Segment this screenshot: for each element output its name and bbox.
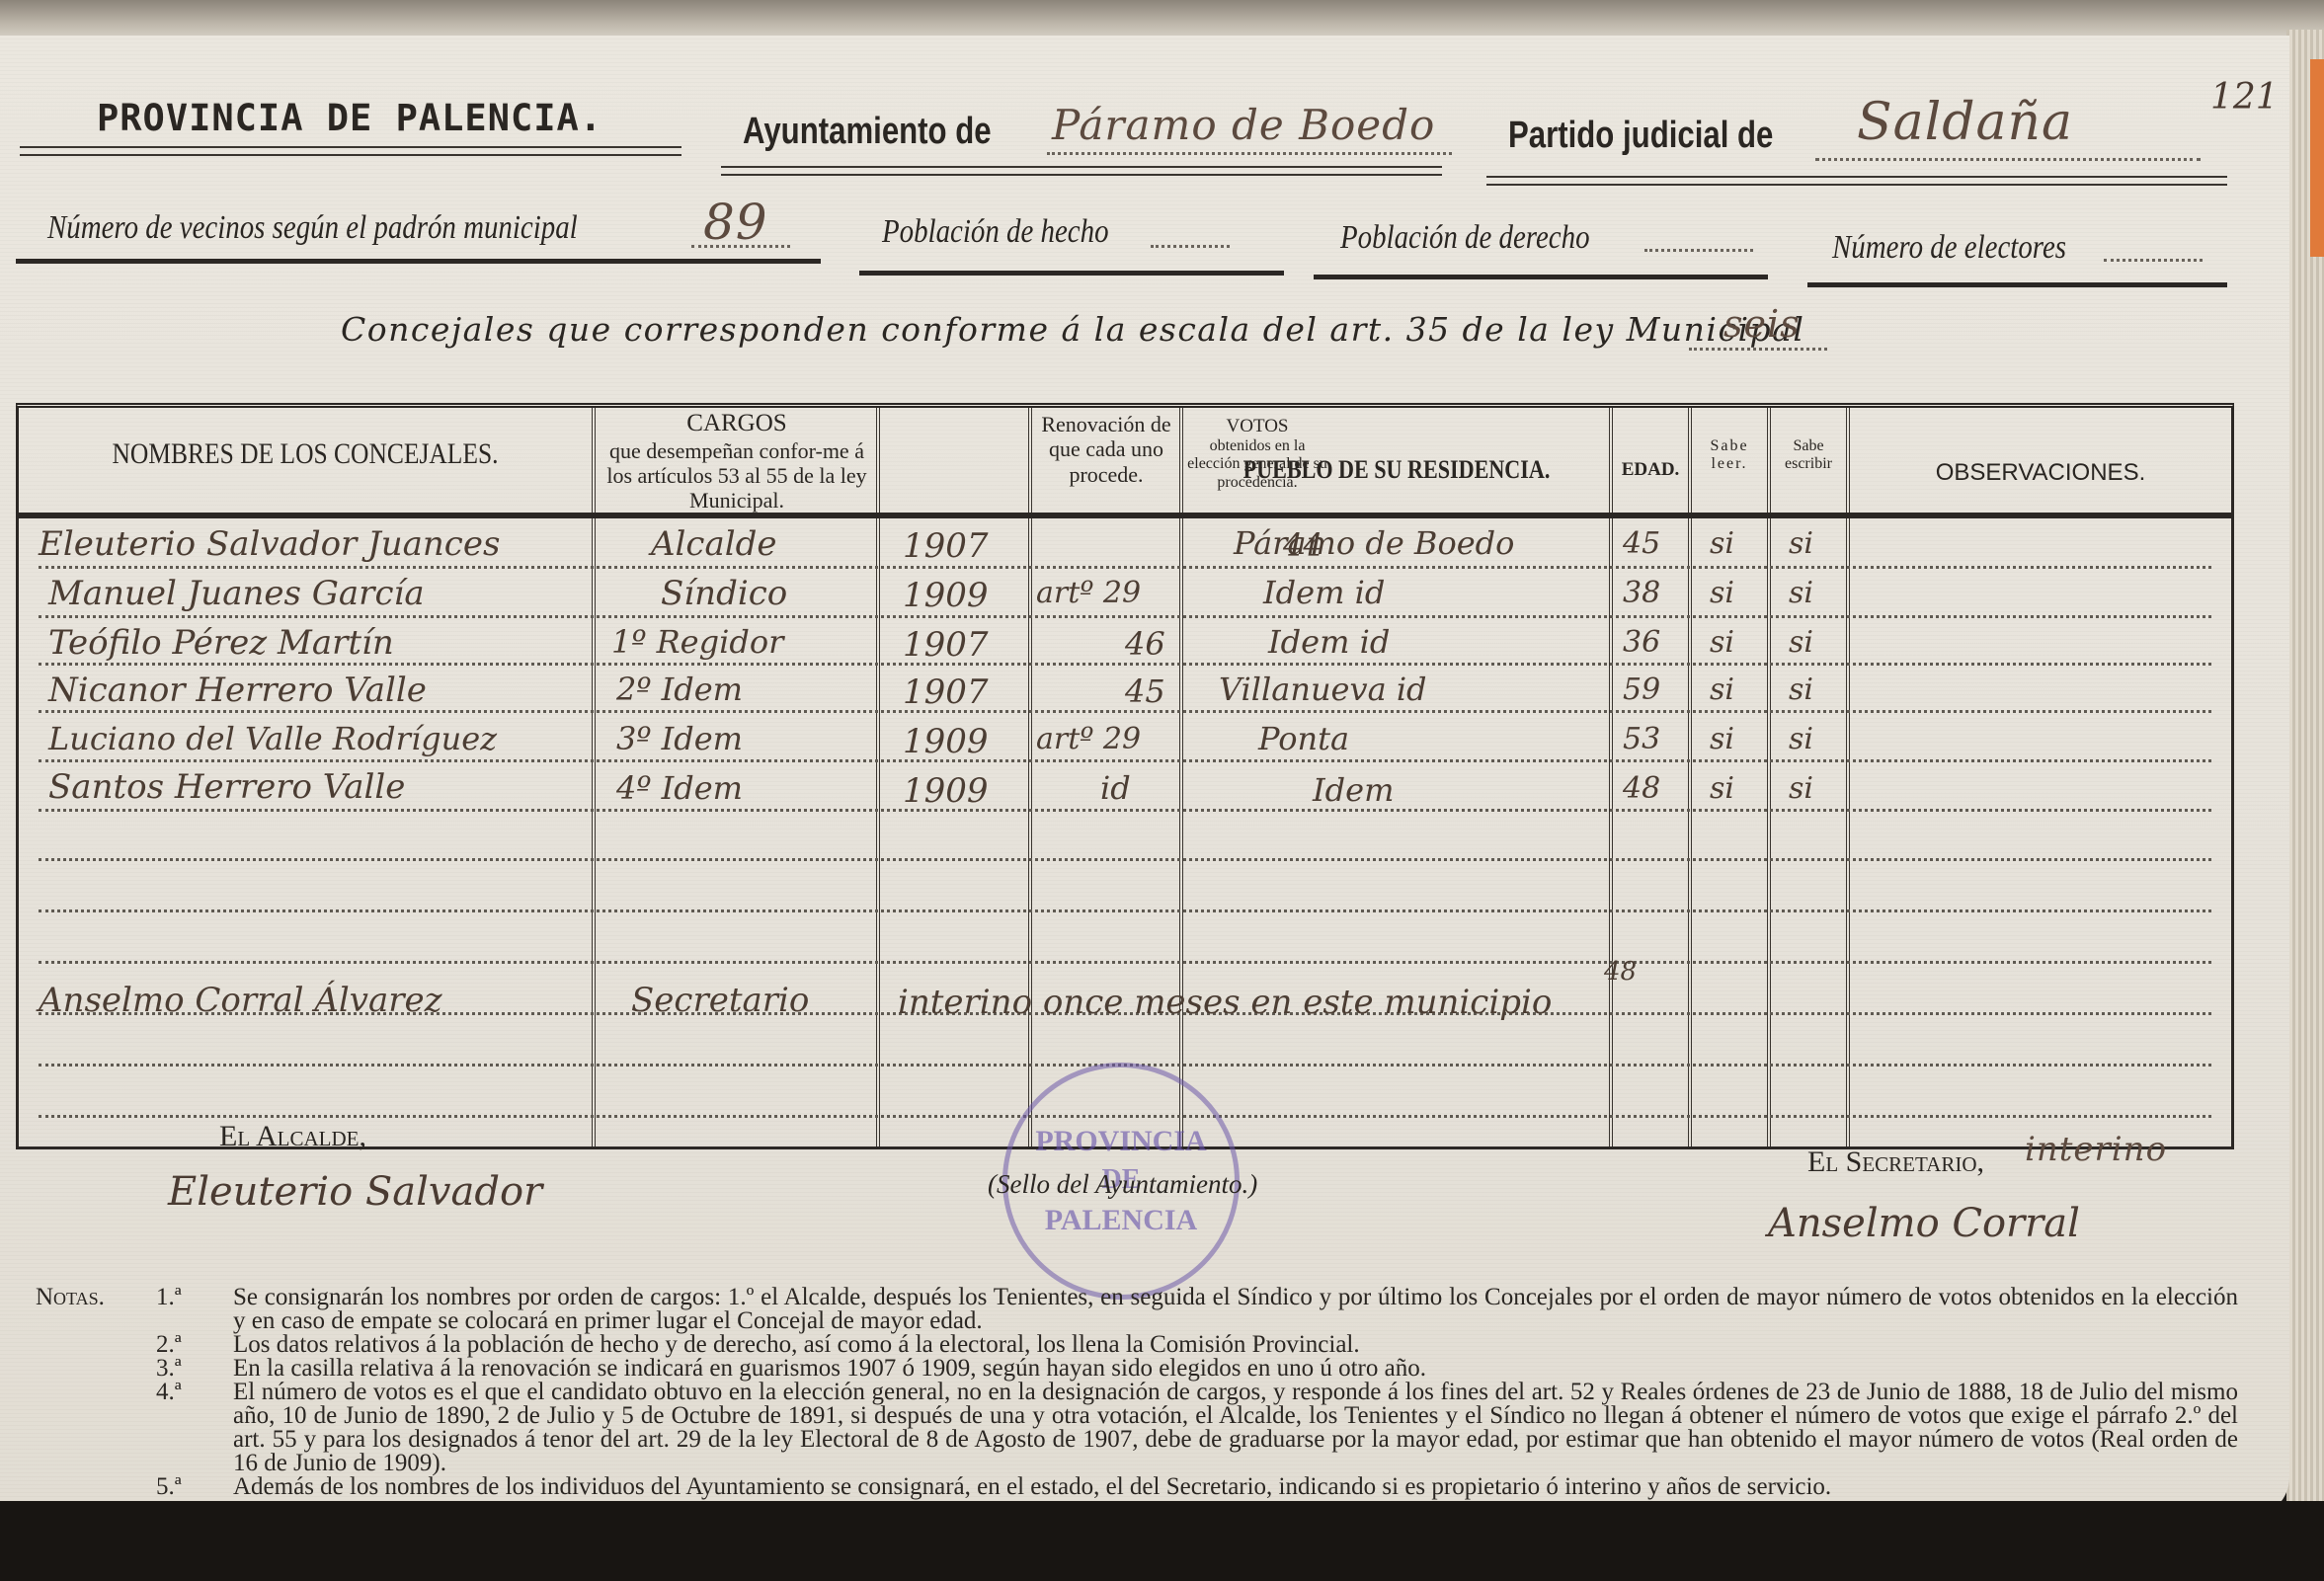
book-binding-edge: [0, 0, 2324, 40]
cell-sabe-escribir: si: [1789, 722, 1813, 756]
electores-field[interactable]: [2104, 259, 2203, 262]
row-line: [39, 710, 2211, 713]
cell-sabe-leer: si: [1710, 771, 1734, 806]
header-nombres: NOMBRES DE LOS CONCEJALES.: [62, 437, 549, 472]
secretario-signature: Anselmo Corral: [1768, 1201, 2080, 1246]
cell-cargo: 2º Idem: [616, 671, 743, 708]
col-divider: [1028, 408, 1032, 1146]
ayuntamiento-value: Páramo de Boedo: [1052, 101, 1435, 149]
note-text: Además de los nombres de los individuos …: [233, 1475, 2238, 1499]
note-number: 3.ª: [156, 1357, 182, 1381]
cell-sabe-leer: si: [1710, 526, 1734, 561]
divider: [1314, 275, 1768, 279]
header-renovacion: Renovación de que cada uno procede.: [1032, 412, 1180, 487]
cell-edad: 53: [1623, 722, 1660, 756]
header-observaciones: OBSERVACIONES.: [1850, 459, 2231, 487]
cell-cargo: 4º Idem: [616, 769, 743, 807]
cell-cargo: Síndico: [661, 574, 787, 613]
alcalde-signature: Eleuterio Salvador: [168, 1169, 542, 1215]
note-item: 3.ª En la casilla relativa á la renovaci…: [36, 1357, 2238, 1381]
row-line: [39, 858, 2211, 861]
row-line: [39, 909, 2211, 912]
secretario-label: El Secretario,: [1807, 1146, 1984, 1179]
register-page: 121 PROVINCIA DE PALENCIA. Ayuntamiento …: [0, 36, 2289, 1517]
cell-nombre: Nicanor Herrero Valle: [48, 671, 427, 710]
book-shadow: [0, 1501, 2324, 1581]
cell-sabe-escribir: si: [1789, 576, 1813, 610]
header-cargos-title: CARGOS: [598, 410, 876, 438]
divider: [1807, 282, 2227, 287]
cell-renovacion: 1907: [903, 672, 989, 712]
sello-label: (Sello del Ayuntamiento.): [988, 1169, 1257, 1200]
note-number: 5.ª: [156, 1475, 182, 1499]
cell-sabe-leer: si: [1710, 576, 1734, 610]
cell-edad: 48: [1604, 957, 1637, 987]
cell-renovacion: 1909: [903, 722, 989, 761]
alcalde-label: El Alcalde,: [219, 1120, 366, 1153]
note-number: 1.ª: [156, 1286, 182, 1309]
province-title: PROVINCIA DE PALENCIA.: [97, 97, 602, 139]
cell-cargo: Alcalde: [651, 524, 777, 564]
stamp-line: PALENCIA: [1007, 1204, 1235, 1237]
col-divider: [1609, 408, 1613, 1146]
cell-nombre: Santos Herrero Valle: [48, 767, 405, 807]
cell-sabe-leer: si: [1710, 722, 1734, 756]
cell-pueblo: Idem: [1313, 771, 1394, 809]
concejales-value: seis: [1723, 302, 1801, 346]
cell-renovacion: 1907: [903, 625, 989, 665]
cell-renovacion: 1909: [903, 576, 989, 615]
note-item: 5.ª Además de los nombres de los individ…: [36, 1475, 2238, 1499]
note-item: 2.ª Los datos relativos á la población d…: [36, 1333, 2238, 1357]
cell-sabe-leer: si: [1710, 625, 1734, 660]
cell-votos: artº 29: [1036, 722, 1141, 756]
cell-edad: 59: [1623, 672, 1660, 707]
note-item: Notas. 1.ª Se consignarán los nombres po…: [36, 1286, 2238, 1333]
poblacion-hecho-field[interactable]: [1151, 245, 1230, 248]
concejales-table: NOMBRES DE LOS CONCEJALES. CARGOS que de…: [16, 403, 2234, 1149]
cell-nombre: Eleuterio Salvador Juances: [39, 524, 500, 564]
divider: [16, 259, 821, 264]
note-text: El número de votos es el que el candidat…: [233, 1381, 2238, 1475]
notes-label: Notas.: [36, 1286, 105, 1309]
vecinos-label: Número de vecinos según el padrón munici…: [47, 209, 578, 247]
header-pueblo: PUEBLO DE SU RESIDENCIA.: [1216, 455, 1577, 485]
divider: [1486, 176, 2227, 186]
cell-pueblo: Páramo de Boedo: [1234, 524, 1514, 562]
cell-renovacion: 1909: [903, 771, 989, 811]
note-number: 4.ª: [156, 1381, 182, 1404]
note-text: En la casilla relativa á la renovación s…: [233, 1357, 2238, 1381]
cell-cargo: 1º Regidor: [611, 623, 783, 661]
partido-label: Partido judicial de: [1508, 115, 1773, 157]
cell-renovacion: 1907: [903, 526, 989, 566]
row-line: [39, 615, 2211, 618]
header-cargos-sub: que desempeñan confor-me á los artículos…: [598, 438, 876, 514]
cell-sabe-leer: si: [1710, 672, 1734, 707]
concejales-escala-label: Concejales que corresponden conforme á l…: [341, 310, 1804, 349]
electores-label: Número de electores: [1832, 229, 2066, 267]
row-line: [39, 809, 2211, 812]
divider: [859, 271, 1284, 276]
header-edad: EDAD.: [1613, 459, 1688, 481]
cell-nombre: Luciano del Valle Rodríguez: [48, 720, 497, 757]
cell-pueblo: Ponta: [1258, 720, 1349, 757]
divider: [20, 146, 681, 156]
bookmark-tab: [2310, 59, 2324, 257]
col-divider: [1688, 408, 1692, 1146]
note-text: Se consignarán los nombres por orden de …: [233, 1286, 2238, 1333]
page-number: 121: [2210, 77, 2279, 118]
cell-edad: 38: [1623, 576, 1660, 610]
cell-edad: 36: [1623, 625, 1660, 660]
header-rule: [19, 513, 2231, 518]
col-divider: [1846, 408, 1850, 1146]
row-line: [39, 759, 2211, 762]
header-cargos: CARGOS que desempeñan confor-me á los ar…: [598, 410, 876, 514]
cell-pueblo: Villanueva id: [1219, 671, 1427, 708]
cell-edad: 48: [1623, 771, 1660, 806]
partido-field-line: [1815, 158, 2201, 161]
divider: [721, 166, 1442, 176]
cell-pueblo: Idem id: [1268, 623, 1390, 661]
row-line: [39, 663, 2211, 666]
secretario-note: interino: [2025, 1130, 2167, 1169]
cell-votos: id: [1100, 769, 1131, 807]
cell-votos: artº 29: [1036, 576, 1141, 610]
poblacion-hecho-label: Población de hecho: [882, 213, 1109, 251]
cell-detalle: interino once meses en este municipio: [898, 983, 1552, 1022]
cell-sabe-escribir: si: [1789, 625, 1813, 660]
cell-votos: 46: [1125, 625, 1165, 663]
partido-value: Saldaña: [1857, 93, 2073, 152]
concejales-field-line: [1689, 348, 1827, 351]
poblacion-derecho-field[interactable]: [1644, 249, 1753, 252]
col-divider: [876, 408, 880, 1146]
cell-cargo: 3º Idem: [616, 720, 743, 757]
col-divider: [1179, 408, 1183, 1146]
cell-sabe-escribir: si: [1789, 526, 1813, 561]
poblacion-derecho-label: Población de derecho: [1340, 219, 1590, 257]
cell-sabe-escribir: si: [1789, 672, 1813, 707]
cell-nombre: Anselmo Corral Álvarez: [39, 981, 442, 1020]
cell-edad: 45: [1623, 526, 1660, 561]
row-line: [39, 566, 2211, 569]
col-divider: [1767, 408, 1771, 1146]
note-text: Los datos relativos á la población de he…: [233, 1333, 2238, 1357]
cell-votos: 45: [1125, 672, 1165, 710]
row-line: [39, 961, 2211, 964]
ayuntamiento-field-line: [1047, 152, 1452, 155]
vecinos-value: 89: [703, 194, 768, 251]
header-sabe-leer: Sabe leer.: [1692, 437, 1767, 474]
note-item: 4.ª El número de votos es el que el cand…: [36, 1381, 2238, 1475]
note-number: 2.ª: [156, 1333, 182, 1357]
ayuntamiento-label: Ayuntamiento de: [743, 111, 992, 153]
stamp-line: PROVINCIA: [1007, 1125, 1235, 1158]
cell-cargo: Secretario: [631, 981, 809, 1020]
notes-section: Notas. 1.ª Se consignarán los nombres po…: [36, 1286, 2238, 1499]
cell-nombre: Teófilo Pérez Martín: [48, 623, 394, 663]
cell-sabe-escribir: si: [1789, 771, 1813, 806]
header-sabe-escribir: Sabe escribir: [1771, 437, 1846, 474]
cell-nombre: Manuel Juanes García: [48, 574, 425, 613]
cell-pueblo: Idem id: [1263, 574, 1385, 611]
header-votos-title: VOTOS: [1184, 416, 1330, 437]
col-divider: [592, 408, 596, 1146]
